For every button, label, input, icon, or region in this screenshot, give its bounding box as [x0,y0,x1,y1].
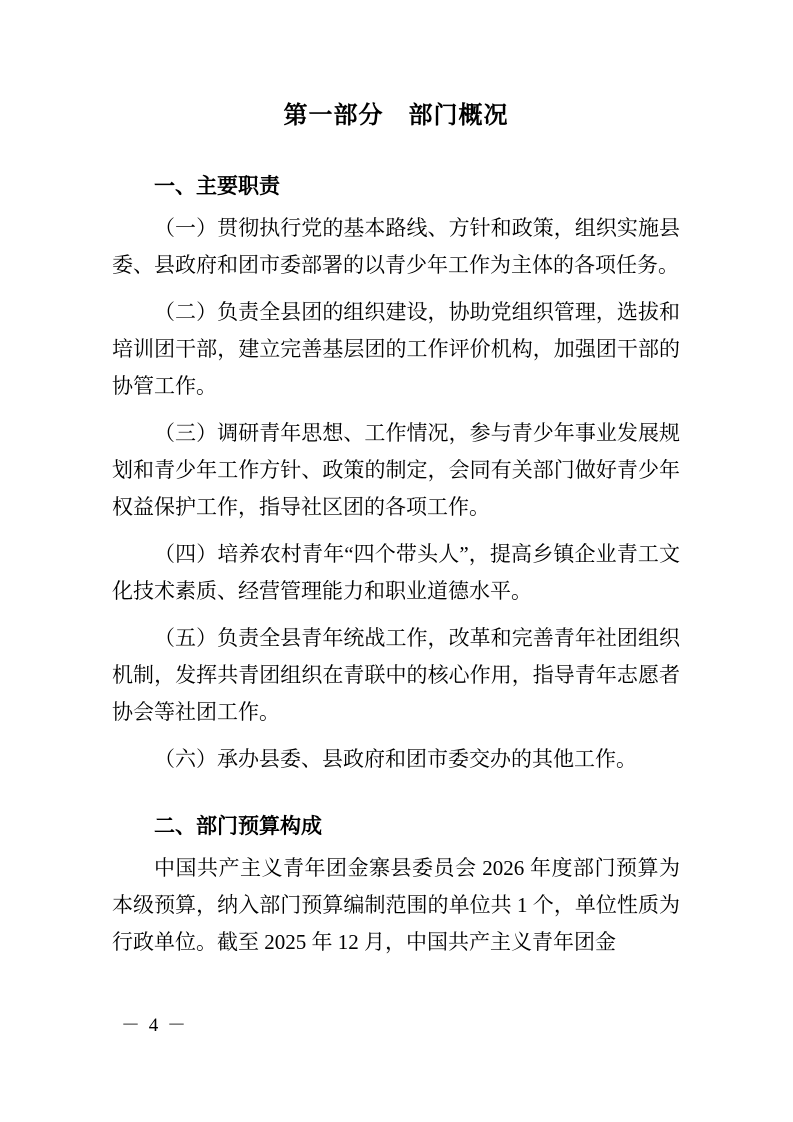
section-heading-main-duties: 一、主要职责 [112,172,680,202]
section-budget-composition: 二、部门预算构成 中国共产主义青年团金寨县委员会 2026 年度部门预算为本级预… [112,812,680,961]
page-number: － 4 － [121,1014,188,1038]
document-page: 第一部分 部门概况 一、主要职责 （一）贯彻执行党的基本路线、方针和政策，组织实… [0,0,793,1122]
document-title: 第一部分 部门概况 [112,100,680,132]
paragraph-duty-4: （四）培养农村青年“四个带头人”，提高乡镇企业青工文化技术素质、经营管理能力和职… [112,536,680,610]
paragraph-duty-6: （六）承办县委、县政府和团市委交办的其他工作。 [112,741,680,778]
paragraph-duty-1: （一）贯彻执行党的基本路线、方针和政策，组织实施县委、县政府和团市委部署的以青少… [112,210,680,284]
paragraph-duty-3: （三）调研青年思想、工作情况，参与青少年事业发展规划和青少年工作方针、政策的制定… [112,415,680,526]
paragraph-duty-5: （五）负责全县青年统战工作，改革和完善青年社团组织机制，发挥共青团组织在青联中的… [112,620,680,731]
paragraph-budget-composition: 中国共产主义青年团金寨县委员会 2026 年度部门预算为本级预算，纳入部门预算编… [112,850,680,961]
section-main-duties: 一、主要职责 （一）贯彻执行党的基本路线、方针和政策，组织实施县委、县政府和团市… [112,172,680,778]
section-heading-budget-composition: 二、部门预算构成 [112,812,680,842]
paragraph-duty-2: （二）负责全县团的组织建设，协助党组织管理，选拔和培训团干部，建立完善基层团的工… [112,294,680,405]
